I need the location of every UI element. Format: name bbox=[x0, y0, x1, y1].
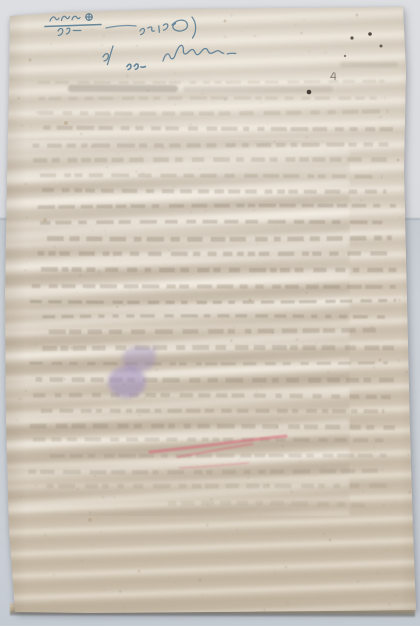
paper-speckle bbox=[206, 536, 207, 537]
paper-speckle bbox=[390, 439, 391, 440]
paper-speckle bbox=[373, 446, 375, 448]
paper-speckle bbox=[402, 224, 403, 225]
paper-speckle bbox=[119, 590, 122, 593]
paper-speckle bbox=[290, 139, 291, 140]
paper-speckle bbox=[289, 504, 291, 506]
paper-speckle bbox=[316, 343, 317, 344]
paper-speckle bbox=[214, 401, 215, 402]
annotation-right-inscription bbox=[163, 45, 236, 61]
paper-speckle bbox=[160, 599, 161, 600]
paper-speckle bbox=[282, 445, 284, 447]
paper-speckle bbox=[365, 250, 367, 252]
paper-speckle bbox=[403, 214, 404, 215]
paper-speckle bbox=[261, 386, 263, 388]
paper-speckle bbox=[247, 477, 249, 479]
paper-speckle bbox=[120, 331, 121, 332]
paper-speckle bbox=[101, 45, 103, 47]
paper-speckle bbox=[263, 453, 264, 454]
paper-speckle bbox=[157, 287, 158, 288]
ghost-text-line bbox=[33, 144, 389, 145]
annotation-year bbox=[140, 24, 168, 35]
paper-speckle bbox=[239, 460, 240, 461]
paper-speckle bbox=[325, 52, 327, 54]
paper-speckle bbox=[212, 148, 213, 149]
paper-speckle bbox=[92, 230, 93, 231]
paper-speckle bbox=[206, 524, 208, 526]
paper-speckle bbox=[304, 379, 306, 381]
paper-speckle bbox=[130, 204, 131, 205]
paper-speckle bbox=[117, 153, 119, 155]
paper-speckle bbox=[31, 126, 33, 128]
annotation-fraction-denominator bbox=[58, 28, 81, 35]
ghost-text-line bbox=[33, 395, 396, 397]
paper-speckle bbox=[35, 343, 37, 345]
paper-speckle bbox=[21, 125, 23, 127]
paper-speckle bbox=[343, 106, 344, 107]
paper-speckle bbox=[94, 475, 96, 477]
paper-speckle bbox=[115, 504, 116, 505]
paper-speckle bbox=[77, 443, 79, 445]
ghost-text-line bbox=[36, 379, 395, 380]
paper-speckle bbox=[34, 300, 36, 302]
paper-speckle bbox=[408, 491, 410, 493]
paper-speckle bbox=[404, 297, 405, 298]
paper-speckle bbox=[79, 152, 80, 153]
paper-speckle bbox=[19, 398, 21, 400]
paper-speckle bbox=[186, 577, 188, 579]
paper-speckle bbox=[125, 68, 127, 70]
paper-speckle bbox=[260, 101, 262, 103]
paper-speckle bbox=[81, 560, 83, 562]
ghost-text-line bbox=[41, 411, 384, 412]
grey-pen-mark bbox=[331, 72, 336, 80]
paper-speckle bbox=[177, 27, 178, 28]
paper-speckle bbox=[8, 505, 10, 507]
paper-speckle bbox=[16, 420, 17, 421]
paper-speckle bbox=[154, 128, 155, 129]
paper-speckle bbox=[208, 456, 209, 457]
paper-speckle bbox=[38, 63, 39, 64]
paper-speckle bbox=[98, 347, 100, 349]
paper-speckle bbox=[169, 577, 171, 579]
paper-speckle bbox=[25, 390, 27, 392]
paper-speckle bbox=[386, 549, 388, 551]
paper-speckle bbox=[256, 242, 257, 243]
paper-speckle bbox=[256, 391, 257, 392]
paper-speckle bbox=[287, 286, 289, 288]
paper-speckle bbox=[398, 522, 399, 523]
paper-speckle bbox=[364, 583, 366, 585]
paper-speckle bbox=[201, 92, 204, 95]
paper-speckle bbox=[140, 155, 142, 157]
paper-speckle bbox=[351, 201, 352, 202]
document-marks-overlay bbox=[0, 0, 420, 626]
paper-speckle bbox=[53, 573, 56, 576]
ghost-text-line bbox=[42, 348, 394, 349]
paper-speckle bbox=[36, 111, 38, 113]
paper-speckle bbox=[35, 485, 37, 487]
ghost-text-line bbox=[30, 300, 396, 302]
paper-speckle bbox=[304, 19, 306, 21]
paper-speckle bbox=[136, 171, 138, 173]
ghost-text-line bbox=[33, 439, 383, 440]
paper-speckle bbox=[224, 98, 227, 101]
ghost-text-line bbox=[30, 426, 395, 428]
paper-speckle bbox=[295, 24, 296, 25]
annotation-closing-paren bbox=[192, 17, 196, 38]
paper-speckle bbox=[337, 355, 338, 356]
paper-speckle bbox=[88, 57, 89, 58]
paper-speckle bbox=[381, 553, 382, 554]
paper-speckle bbox=[263, 609, 265, 611]
paper-speckle bbox=[290, 491, 292, 493]
paper-speckle bbox=[126, 75, 129, 78]
ghost-text-line bbox=[40, 222, 382, 223]
paper-speckle bbox=[100, 531, 102, 533]
paper-speckle bbox=[222, 129, 223, 130]
paper-speckle bbox=[174, 72, 176, 74]
paper-speckle bbox=[248, 331, 250, 333]
paper-speckle bbox=[362, 299, 364, 301]
faint-stamp-line bbox=[68, 62, 398, 92]
paper-speckle bbox=[99, 210, 100, 211]
paper-speckle bbox=[109, 47, 111, 49]
paper-speckle bbox=[55, 393, 56, 394]
paper-speckle bbox=[116, 306, 118, 308]
paper-speckle bbox=[274, 572, 276, 574]
paper-speckle bbox=[383, 504, 384, 505]
ghost-text-line bbox=[43, 128, 393, 130]
paper-speckle bbox=[20, 496, 23, 499]
paper-speckle bbox=[104, 230, 105, 231]
paper-speckle bbox=[242, 31, 243, 32]
paper-speckle bbox=[200, 102, 201, 103]
paper-speckle bbox=[89, 512, 91, 514]
annotation-connector-dash bbox=[106, 26, 136, 28]
paper-speckle bbox=[162, 147, 164, 149]
paper-speckle bbox=[24, 269, 26, 271]
paper-speckle bbox=[233, 325, 235, 327]
paper-speckle bbox=[299, 461, 301, 463]
paper-speckle bbox=[395, 501, 396, 502]
ghost-text-line bbox=[41, 269, 396, 270]
paper-speckle bbox=[370, 524, 371, 525]
annotation-small-mark bbox=[127, 64, 145, 69]
paper-speckle bbox=[26, 261, 27, 262]
paper-speckle bbox=[102, 496, 104, 498]
paper-speckle bbox=[98, 270, 100, 272]
paper-speckle bbox=[155, 369, 158, 372]
paper-speckle bbox=[402, 206, 403, 207]
paper-speckle bbox=[123, 607, 125, 609]
paper-speckle bbox=[119, 411, 121, 413]
paper-speckle bbox=[53, 245, 55, 247]
paper-speckle bbox=[379, 116, 381, 118]
paper-speckle bbox=[396, 594, 398, 596]
paper-speckle bbox=[25, 481, 26, 482]
paper-speckle bbox=[138, 570, 141, 573]
paper-speckle bbox=[253, 209, 255, 211]
paper-speckle bbox=[103, 589, 104, 590]
ghost-text-line bbox=[28, 471, 382, 473]
paper-speckle bbox=[53, 601, 55, 603]
paper-speckle bbox=[44, 534, 46, 536]
paper-speckle bbox=[148, 190, 150, 192]
paper-speckle bbox=[71, 347, 73, 349]
paper-speckle bbox=[136, 45, 138, 47]
paper-speckle bbox=[80, 133, 82, 135]
annotation-fraction-bar bbox=[45, 25, 101, 27]
paper-speckle bbox=[278, 418, 280, 420]
paper-speckle bbox=[285, 566, 287, 568]
paper-speckle bbox=[114, 497, 116, 499]
paper-speckle bbox=[94, 383, 95, 384]
ghost-text-line bbox=[38, 253, 388, 254]
paper-speckle bbox=[46, 231, 47, 232]
paper-speckle bbox=[301, 112, 302, 113]
annotation-flourish-circle bbox=[172, 20, 188, 31]
paper-speckle bbox=[388, 604, 390, 606]
ghost-text-line bbox=[39, 98, 385, 99]
paper-speckle bbox=[296, 338, 299, 341]
paper-speckle bbox=[63, 378, 65, 380]
paper-speckle bbox=[354, 373, 355, 374]
annotation-fraction-numerator bbox=[50, 16, 80, 21]
paper-speckle bbox=[76, 292, 77, 293]
paper-speckle bbox=[92, 253, 94, 255]
paper-speckle bbox=[271, 332, 273, 334]
paper-speckle bbox=[371, 326, 373, 328]
paper-speckle bbox=[18, 97, 20, 99]
paper-speckle bbox=[345, 157, 346, 158]
paper-speckle bbox=[77, 488, 79, 490]
paper-speckle bbox=[200, 183, 201, 184]
paper-speckle bbox=[113, 257, 114, 258]
paper-speckle bbox=[357, 581, 359, 583]
paper-speckle bbox=[276, 426, 278, 428]
paper-speckle bbox=[125, 495, 127, 497]
paper-speckle bbox=[274, 141, 276, 143]
paper-speckle bbox=[116, 344, 117, 345]
paper-speckle bbox=[225, 576, 226, 577]
paper-speckle bbox=[26, 216, 28, 218]
paper-speckle bbox=[396, 298, 398, 300]
paper-speckle bbox=[123, 304, 125, 306]
paper-speckle bbox=[405, 371, 407, 373]
ghost-text-line bbox=[168, 503, 367, 505]
paper-speckle bbox=[119, 317, 120, 318]
paper-speckle bbox=[168, 249, 169, 250]
ghost-text-line bbox=[43, 316, 386, 317]
paper-speckle bbox=[268, 484, 270, 486]
paper-speckle bbox=[287, 604, 288, 605]
paper-speckle bbox=[306, 136, 308, 138]
paper-speckle bbox=[162, 382, 164, 384]
photo-of-document bbox=[0, 0, 420, 626]
handwritten-blue-annotations bbox=[45, 14, 236, 70]
paper-speckle bbox=[397, 117, 398, 118]
paper-speckle bbox=[106, 487, 107, 488]
paper-speckle bbox=[398, 299, 400, 301]
paper-speckle bbox=[24, 545, 26, 547]
ghost-text-line bbox=[47, 486, 395, 487]
paper-speckle bbox=[186, 41, 187, 42]
paper-speckle bbox=[181, 550, 182, 551]
paper-speckle bbox=[144, 397, 146, 399]
paper-speckle bbox=[71, 284, 72, 285]
paper-speckle bbox=[159, 344, 160, 345]
paper-speckle bbox=[247, 223, 249, 225]
paper-speckle bbox=[231, 14, 233, 16]
ghost-text-line bbox=[39, 111, 389, 113]
paper-speckle bbox=[190, 212, 192, 214]
paper-speckle bbox=[324, 348, 325, 349]
paper-speckle bbox=[230, 339, 233, 342]
paper-speckle bbox=[67, 89, 68, 90]
paper-speckle bbox=[164, 462, 165, 463]
paper-speckle bbox=[63, 153, 64, 154]
paper-speckle bbox=[308, 50, 310, 52]
paper-speckle bbox=[63, 209, 64, 210]
paper-speckle bbox=[236, 529, 238, 531]
paper-speckle bbox=[158, 459, 159, 460]
paper-speckle bbox=[232, 69, 233, 70]
paper-speckle bbox=[91, 145, 93, 147]
paper-speckle bbox=[25, 183, 28, 186]
ghost-text-line bbox=[38, 81, 385, 83]
paper-speckle bbox=[327, 371, 330, 374]
paper-speckle bbox=[210, 498, 212, 500]
paper-speckle bbox=[91, 29, 93, 31]
paper-speckle bbox=[224, 36, 226, 38]
paper-speckle bbox=[106, 167, 108, 169]
ghost-text-line bbox=[50, 455, 387, 456]
violet-ink-stain bbox=[108, 346, 157, 398]
paper-speckle bbox=[362, 491, 364, 493]
paper-speckle bbox=[331, 319, 332, 320]
paper-speckle bbox=[16, 474, 17, 475]
paper-speckle bbox=[397, 359, 400, 362]
paper-speckle bbox=[306, 292, 308, 294]
paper-speckle bbox=[106, 252, 108, 254]
paper-speckle bbox=[373, 367, 375, 369]
paper-speckle bbox=[193, 189, 194, 190]
paper-speckle bbox=[201, 594, 203, 596]
paper-speckle bbox=[173, 186, 175, 188]
paper-speckle bbox=[391, 114, 392, 115]
paper-speckle bbox=[199, 169, 200, 170]
paper-speckle bbox=[92, 545, 94, 547]
paper-sheet bbox=[0, 0, 420, 626]
paper-speckle bbox=[368, 315, 369, 316]
paper-speckle bbox=[161, 573, 162, 574]
paper-speckle bbox=[138, 414, 140, 416]
paper-speckle bbox=[151, 584, 152, 585]
paper-speckle bbox=[207, 504, 209, 506]
paper-speckle bbox=[43, 348, 44, 349]
paper-speckle bbox=[323, 533, 325, 535]
paper-speckle bbox=[344, 204, 345, 205]
paper-speckle bbox=[407, 453, 409, 455]
paper-speckle bbox=[129, 290, 131, 292]
paper-speckle bbox=[103, 35, 105, 37]
ghost-text-lines bbox=[8, 13, 411, 611]
ghost-text-line bbox=[30, 363, 388, 364]
paper-speckle bbox=[322, 467, 324, 469]
paper-speckle bbox=[128, 24, 129, 25]
paper-speckle bbox=[286, 601, 288, 603]
paper-speckle bbox=[377, 572, 379, 574]
paper-speckle bbox=[79, 274, 81, 276]
paper-speckle bbox=[174, 103, 176, 105]
ghost-text-line bbox=[32, 286, 396, 287]
paper-speckle bbox=[176, 391, 177, 392]
paper-speckle bbox=[316, 282, 317, 283]
paper-speckle bbox=[278, 254, 280, 256]
paper-speckle bbox=[407, 356, 408, 357]
ghost-text-line bbox=[49, 330, 385, 332]
paper-speckle bbox=[205, 210, 207, 212]
paper-speckle bbox=[202, 333, 204, 335]
paper-speckle bbox=[340, 149, 341, 150]
paper-speckle bbox=[50, 44, 52, 46]
ghost-text-line bbox=[42, 190, 386, 192]
paper-speckle bbox=[296, 300, 298, 302]
paper-speckle bbox=[267, 123, 268, 124]
paper-speckle bbox=[273, 353, 274, 354]
ghost-text-line bbox=[33, 160, 393, 161]
paper-speckle bbox=[263, 297, 265, 299]
paper-shadow-wrap bbox=[0, 0, 420, 626]
paper-speckle bbox=[142, 172, 144, 174]
paper-speckle bbox=[274, 227, 276, 229]
paper-speckle bbox=[399, 217, 400, 218]
ghost-text-line bbox=[38, 206, 396, 208]
paper-speckle bbox=[300, 32, 302, 34]
paper-speckle bbox=[398, 13, 399, 14]
paper-speckle bbox=[42, 283, 43, 284]
paper-speckle bbox=[261, 98, 262, 99]
ghost-text-line bbox=[40, 175, 382, 176]
paper-speckle bbox=[254, 35, 256, 37]
ghost-text-line bbox=[47, 238, 392, 240]
paper-speckle bbox=[170, 214, 172, 216]
paper-speckle bbox=[190, 124, 192, 126]
annotation-centre-mark bbox=[103, 46, 113, 65]
paper-speckle bbox=[23, 488, 24, 489]
paper-speckle bbox=[360, 199, 362, 201]
